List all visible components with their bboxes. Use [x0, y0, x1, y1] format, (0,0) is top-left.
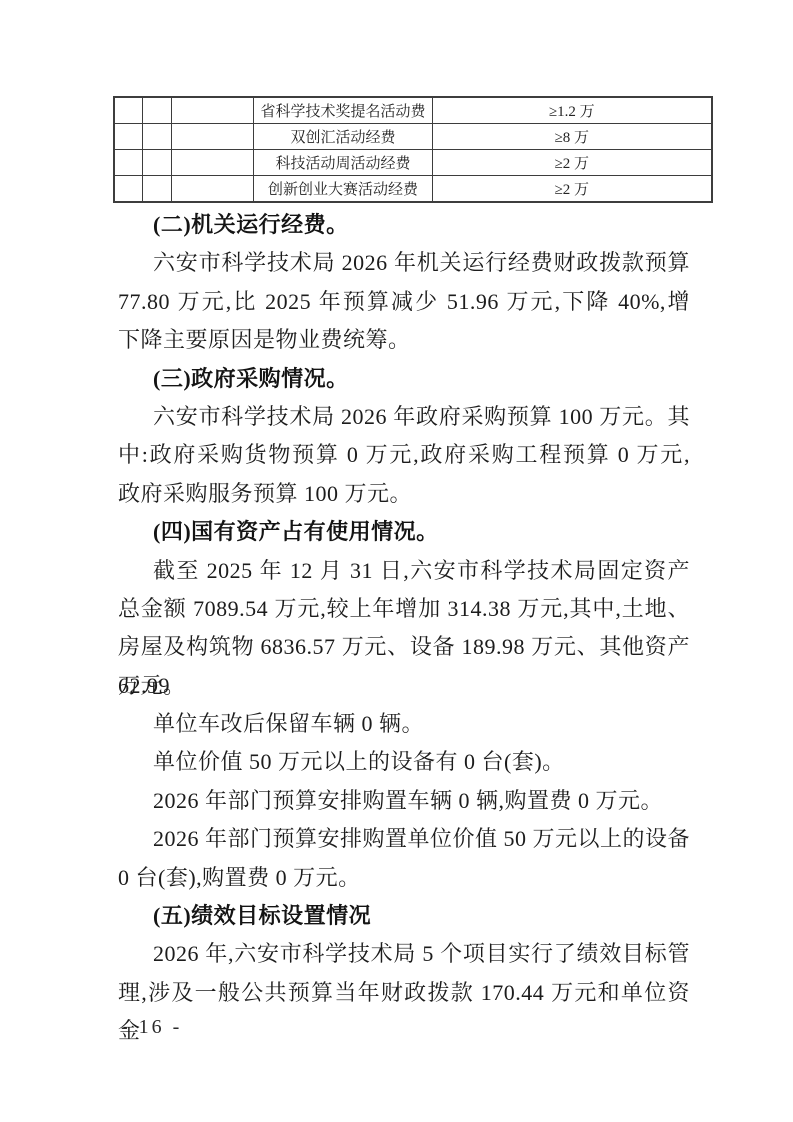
paragraph-line: 房屋及构筑物 6836.57 万元、设备 189.98 万元、其他资产 62.9…: [118, 628, 690, 666]
page-number: - 16 -: [121, 1012, 182, 1042]
table-row: 科技活动周活动经费≥2 万: [114, 150, 712, 176]
paragraph-line: 下降主要原因是物业费统筹。: [118, 321, 690, 359]
paragraph-line: 六安市科学技术局 2026 年机关运行经费财政拨款预算: [118, 244, 690, 282]
paragraph-line: 中:政府采购货物预算 0 万元,政府采购工程预算 0 万元,: [118, 436, 690, 474]
table-item-label: 双创汇活动经费: [254, 124, 432, 150]
paragraph-line: 单位车改后保留车辆 0 辆。: [118, 705, 690, 743]
paragraph-line: 2026 年部门预算安排购置单位价值 50 万元以上的设备: [118, 820, 690, 858]
paragraph-line: 理,涉及一般公共预算当年财政拨款 170.44 万元和单位资金: [118, 974, 690, 1012]
paragraph-line: 0 台(套),购置费 0 万元。: [118, 859, 690, 897]
budget-table-body: 省科学技术奖提名活动费≥1.2 万双创汇活动经费≥8 万科技活动周活动经费≥2 …: [114, 97, 712, 202]
paragraph-line: 77.80 万元,比 2025 年预算减少 51.96 万元,下降 40%,增: [118, 283, 690, 321]
table-item-label: 科技活动周活动经费: [254, 150, 432, 176]
table-item-value: ≥2 万: [432, 150, 712, 176]
paragraph-line: 总金额 7089.54 万元,较上年增加 314.38 万元,其中,土地、: [118, 590, 690, 628]
section-heading: (三)政府采购情况。: [118, 360, 690, 398]
table-empty-cell: [142, 97, 171, 124]
table-empty-cell: [114, 124, 142, 150]
table-empty-cell: [114, 97, 142, 124]
table-empty-cell: [171, 97, 254, 124]
table-empty-cell: [142, 176, 171, 203]
paragraph-line: 政府采购服务预算 100 万元。: [118, 475, 690, 513]
paragraph-line: 2026 年,六安市科学技术局 5 个项目实行了绩效目标管: [118, 935, 690, 973]
paragraph-line: 2026 年部门预算安排购置车辆 0 辆,购置费 0 万元。: [118, 782, 690, 820]
table-empty-cell: [171, 150, 254, 176]
document-page: 省科学技术奖提名活动费≥1.2 万双创汇活动经费≥8 万科技活动周活动经费≥2 …: [0, 0, 793, 1122]
table-empty-cell: [171, 124, 254, 150]
table-empty-cell: [114, 176, 142, 203]
paragraph-line: 万元。: [118, 667, 690, 705]
section-heading: (四)国有资产占有使用情况。: [118, 513, 690, 551]
table-item-value: ≥8 万: [432, 124, 712, 150]
section-heading: (二)机关运行经费。: [118, 206, 690, 244]
table-item-label: 创新创业大赛活动经费: [254, 176, 432, 203]
paragraph-line: 截至 2025 年 12 月 31 日,六安市科学技术局固定资产: [118, 552, 690, 590]
table-row: 创新创业大赛活动经费≥2 万: [114, 176, 712, 203]
document-text: (二)机关运行经费。六安市科学技术局 2026 年机关运行经费财政拨款预算77.…: [118, 206, 690, 1012]
table-item-label: 省科学技术奖提名活动费: [254, 97, 432, 124]
section-heading: (五)绩效目标设置情况: [118, 897, 690, 935]
paragraph-line: 六安市科学技术局 2026 年政府采购预算 100 万元。其: [118, 398, 690, 436]
table-empty-cell: [142, 150, 171, 176]
paragraph-line: 单位价值 50 万元以上的设备有 0 台(套)。: [118, 743, 690, 781]
table-row: 省科学技术奖提名活动费≥1.2 万: [114, 97, 712, 124]
table-empty-cell: [171, 176, 254, 203]
table-empty-cell: [142, 124, 171, 150]
table-empty-cell: [114, 150, 142, 176]
table-item-value: ≥2 万: [432, 176, 712, 203]
table-row: 双创汇活动经费≥8 万: [114, 124, 712, 150]
budget-items-table: 省科学技术奖提名活动费≥1.2 万双创汇活动经费≥8 万科技活动周活动经费≥2 …: [113, 96, 713, 203]
table-item-value: ≥1.2 万: [432, 97, 712, 124]
